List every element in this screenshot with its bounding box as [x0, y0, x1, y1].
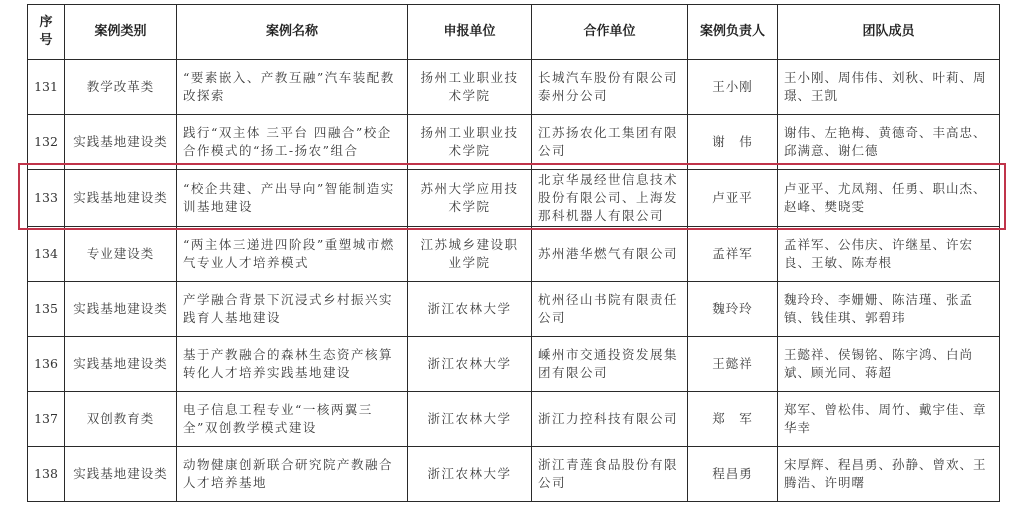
cell-leader: 孟祥军 — [688, 227, 778, 282]
cell-name: 产学融合背景下沉浸式乡村振兴实践育人基地建设 — [177, 282, 408, 337]
cell-team: 魏玲玲、李姗姗、陈洁瑾、张孟镇、钱佳琪、郭碧玮 — [778, 282, 1000, 337]
cell-category: 专业建设类 — [65, 227, 177, 282]
header-partner: 合作单位 — [532, 5, 688, 60]
cell-team: 郑军、曾松伟、周竹、戴宇佳、章华幸 — [778, 392, 1000, 447]
cell-applicant: 浙江农林大学 — [408, 392, 532, 447]
header-category: 案例类别 — [65, 5, 177, 60]
cell-no: 133 — [28, 170, 65, 227]
cell-applicant: 浙江农林大学 — [408, 282, 532, 337]
cell-team: 王小刚、周伟伟、刘秋、叶莉、周璟、王凯 — [778, 60, 1000, 115]
cell-name: “校企共建、产出导向”智能制造实训基地建设 — [177, 170, 408, 227]
header-applicant: 申报单位 — [408, 5, 532, 60]
table-row: 134 专业建设类 “两主体三递进四阶段”重塑城市燃气专业人才培养模式 江苏城乡… — [28, 227, 1000, 282]
cell-applicant: 浙江农林大学 — [408, 337, 532, 392]
cell-no: 131 — [28, 60, 65, 115]
cell-applicant: 扬州工业职业技术学院 — [408, 115, 532, 170]
cell-category: 教学改革类 — [65, 60, 177, 115]
cell-leader: 王懿祥 — [688, 337, 778, 392]
cell-team: 谢伟、左艳梅、黄德奇、丰高忠、邱满意、谢仁德 — [778, 115, 1000, 170]
cell-no: 135 — [28, 282, 65, 337]
cell-category: 实践基地建设类 — [65, 170, 177, 227]
cell-no: 136 — [28, 337, 65, 392]
table-row: 136 实践基地建设类 基于产教融合的森林生态资产核算转化人才培养实践基地建设 … — [28, 337, 1000, 392]
cell-partner: 长城汽车股份有限公司泰州分公司 — [532, 60, 688, 115]
cell-category: 实践基地建设类 — [65, 115, 177, 170]
table-row: 132 实践基地建设类 践行“双主体 三平台 四融合”校企合作模式的“扬工-扬农… — [28, 115, 1000, 170]
cell-no: 138 — [28, 447, 65, 502]
cell-applicant: 江苏城乡建设职业学院 — [408, 227, 532, 282]
header-no: 序号 — [28, 5, 65, 60]
table-row: 138 实践基地建设类 动物健康创新联合研究院产教融合人才培养基地 浙江农林大学… — [28, 447, 1000, 502]
header-leader: 案例负责人 — [688, 5, 778, 60]
header-no-line1: 序 — [39, 15, 52, 30]
cell-no: 137 — [28, 392, 65, 447]
cell-team: 孟祥军、公伟庆、许继星、许宏良、王敏、陈寿根 — [778, 227, 1000, 282]
header-team: 团队成员 — [778, 5, 1000, 60]
cell-no: 132 — [28, 115, 65, 170]
cell-partner: 嵊州市交通投资发展集团有限公司 — [532, 337, 688, 392]
cell-team: 宋厚辉、程昌勇、孙静、曾欢、王腾浩、许明曙 — [778, 447, 1000, 502]
cell-partner: 浙江力控科技有限公司 — [532, 392, 688, 447]
table-row: 135 实践基地建设类 产学融合背景下沉浸式乡村振兴实践育人基地建设 浙江农林大… — [28, 282, 1000, 337]
cell-applicant: 扬州工业职业技术学院 — [408, 60, 532, 115]
cell-name: 动物健康创新联合研究院产教融合人才培养基地 — [177, 447, 408, 502]
cell-partner: 杭州径山书院有限责任公司 — [532, 282, 688, 337]
cell-partner: 北京华晟经世信息技术股份有限公司、上海发那科机器人有限公司 — [532, 170, 688, 227]
cell-name: “要素嵌入、产教互融”汽车装配教改探索 — [177, 60, 408, 115]
cell-applicant: 浙江农林大学 — [408, 447, 532, 502]
cell-leader: 郑 军 — [688, 392, 778, 447]
cell-partner: 浙江青莲食品股份有限公司 — [532, 447, 688, 502]
table-row: 137 双创教育类 电子信息工程专业“一核两翼三全”双创教学模式建设 浙江农林大… — [28, 392, 1000, 447]
header-no-line2: 号 — [39, 33, 52, 48]
cell-category: 实践基地建设类 — [65, 337, 177, 392]
cell-category: 双创教育类 — [65, 392, 177, 447]
cell-leader: 程昌勇 — [688, 447, 778, 502]
cell-name: 基于产教融合的森林生态资产核算转化人才培养实践基地建设 — [177, 337, 408, 392]
case-table: 序号 案例类别 案例名称 申报单位 合作单位 案例负责人 团队成员 131 教学… — [27, 4, 1000, 502]
cell-team: 王懿祥、侯锡铭、陈宇鸿、白尚斌、顾光同、蒋超 — [778, 337, 1000, 392]
cell-team: 卢亚平、尤凤翔、任勇、职山杰、赵峰、樊晓雯 — [778, 170, 1000, 227]
cell-category: 实践基地建设类 — [65, 282, 177, 337]
header-row: 序号 案例类别 案例名称 申报单位 合作单位 案例负责人 团队成员 — [28, 5, 1000, 60]
cell-leader: 魏玲玲 — [688, 282, 778, 337]
cell-partner: 江苏扬农化工集团有限公司 — [532, 115, 688, 170]
cell-partner: 苏州港华燃气有限公司 — [532, 227, 688, 282]
cell-leader: 谢 伟 — [688, 115, 778, 170]
cell-category: 实践基地建设类 — [65, 447, 177, 502]
header-name: 案例名称 — [177, 5, 408, 60]
cell-no: 134 — [28, 227, 65, 282]
cell-name: 践行“双主体 三平台 四融合”校企合作模式的“扬工-扬农”组合 — [177, 115, 408, 170]
table-row: 131 教学改革类 “要素嵌入、产教互融”汽车装配教改探索 扬州工业职业技术学院… — [28, 60, 1000, 115]
cell-name: 电子信息工程专业“一核两翼三全”双创教学模式建设 — [177, 392, 408, 447]
cell-name: “两主体三递进四阶段”重塑城市燃气专业人才培养模式 — [177, 227, 408, 282]
table-row-highlighted: 133 实践基地建设类 “校企共建、产出导向”智能制造实训基地建设 苏州大学应用… — [28, 170, 1000, 227]
cell-applicant: 苏州大学应用技术学院 — [408, 170, 532, 227]
cell-leader: 王小刚 — [688, 60, 778, 115]
cell-leader: 卢亚平 — [688, 170, 778, 227]
